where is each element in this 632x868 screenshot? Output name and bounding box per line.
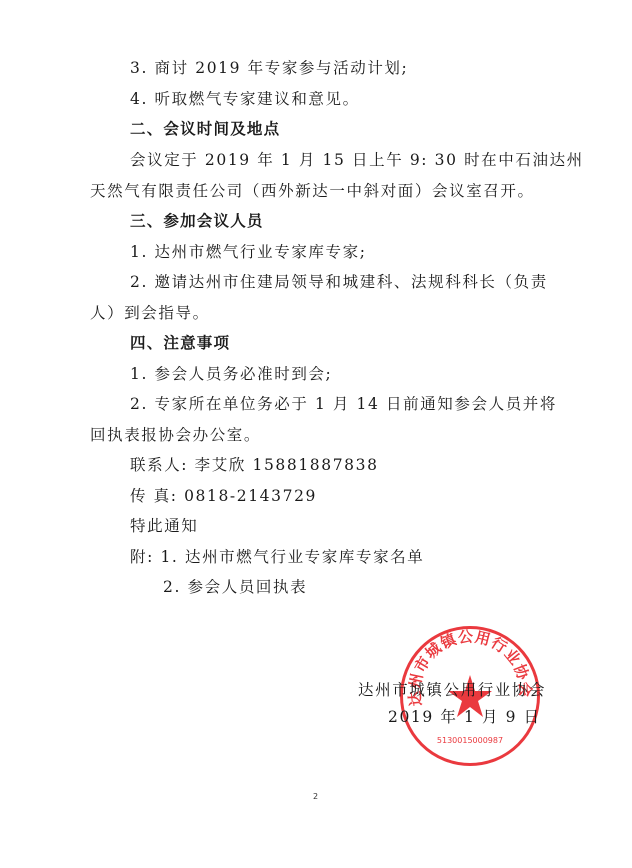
section-3-item-1: 1. 达州市燃气行业专家库专家; [130, 242, 367, 262]
contact-fax: 传 真: 0818-2143729 [130, 486, 317, 506]
section-4-item-1: 1. 参会人员务必准时到会; [130, 364, 332, 384]
signature-org: 达州市城镇公用行业协会 [358, 680, 546, 700]
section-4-item-2-line2: 回执表报协会办公室。 [90, 425, 261, 445]
section-3-item-2-line1: 2. 邀请达州市住建局领导和城建科、法规科科长（负责 [130, 272, 548, 292]
section-2-text-line2: 天然气有限责任公司（西外新达一中斜对面）会议室召开。 [90, 181, 535, 201]
closing-text: 特此通知 [130, 516, 198, 536]
signature-date: 2019 年 1 月 9 日 [388, 707, 541, 727]
agenda-item-3: 3. 商讨 2019 年专家参与活动计划; [130, 58, 408, 78]
section-3-item-2-line2: 人）到会指导。 [90, 303, 210, 323]
contact-person: 联系人: 李艾欣 15881887838 [130, 455, 379, 475]
seal-code: 5130015000987 [437, 736, 503, 745]
agenda-item-4: 4. 听取燃气专家建议和意见。 [130, 89, 360, 109]
attachment-2: 2. 参会人员回执表 [163, 577, 307, 597]
section-2-heading: 二、会议时间及地点 [130, 119, 280, 139]
section-2-text-line1: 会议定于 2019 年 1 月 15 日上午 9: 30 时在中石油达州 [130, 150, 584, 170]
section-3-heading: 三、参加会议人员 [130, 211, 264, 231]
attachment-1: 附: 1. 达州市燃气行业专家库专家名单 [130, 547, 424, 567]
section-4-heading: 四、注意事项 [130, 333, 230, 353]
page-number: 2 [313, 792, 318, 801]
section-4-item-2-line1: 2. 专家所在单位务必于 1 月 14 日前通知参会人员并将 [130, 394, 557, 414]
